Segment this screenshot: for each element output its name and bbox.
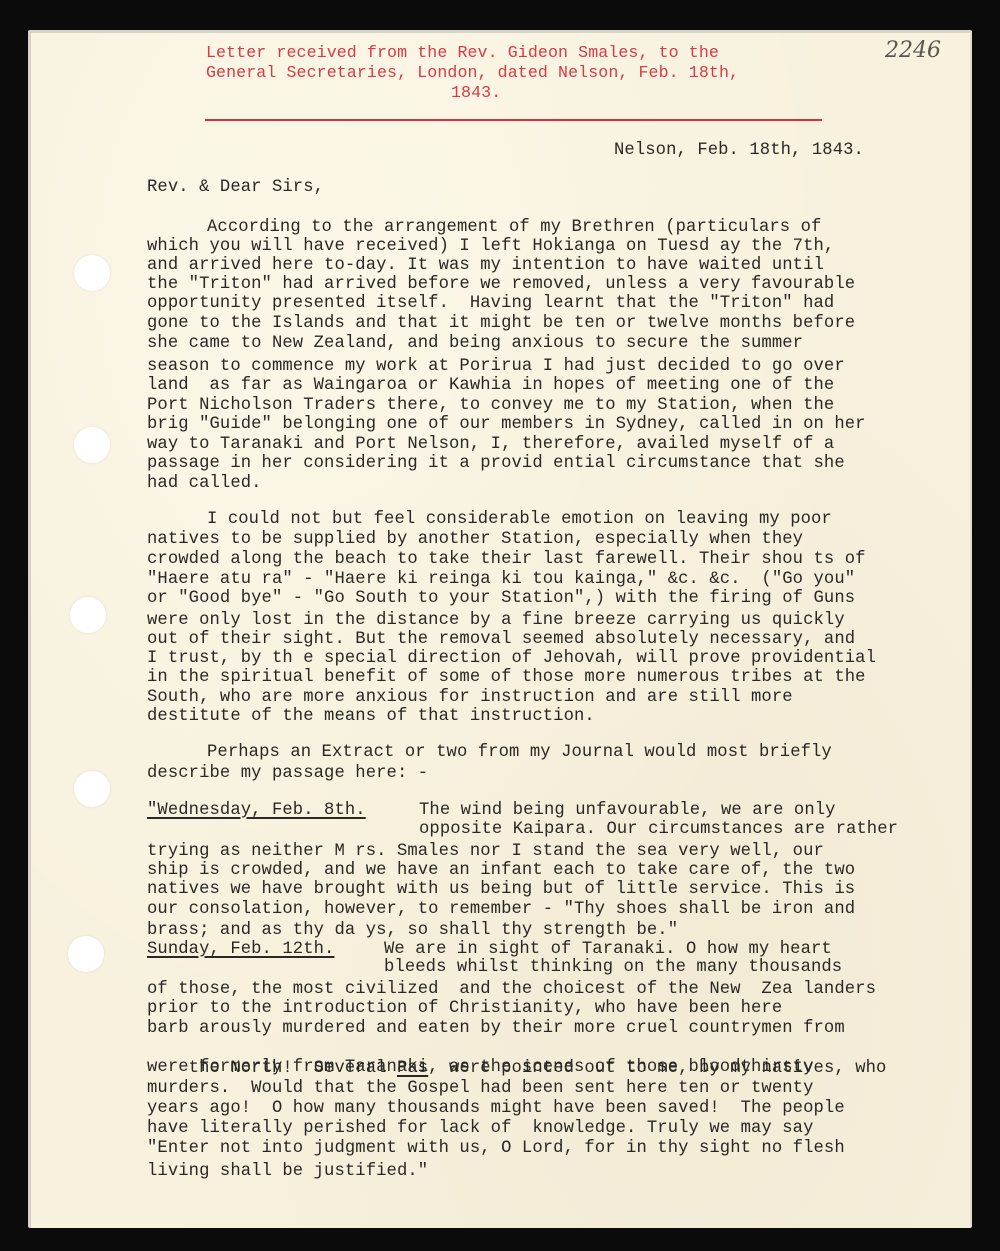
header-line: Letter received from the Rev. Gideon Sma… bbox=[206, 43, 719, 63]
text-line: "Enter not into judgment with us, O Lord… bbox=[147, 1139, 845, 1159]
text-line: opportunity presented itself. Having lea… bbox=[147, 294, 834, 314]
text-line: crowded along the beach to take their la… bbox=[147, 550, 866, 570]
punch-hole bbox=[74, 427, 110, 463]
text-line: our consolation, however, to remember - … bbox=[147, 900, 855, 920]
text-line: brig "Guide" belonging one of our member… bbox=[147, 415, 866, 435]
text-line: of those, the most civilized and the cho… bbox=[147, 980, 876, 1000]
text-line: murders. Would that the Gospel had been … bbox=[147, 1079, 814, 1099]
text-line: opposite Kaipara. Our circumstances are … bbox=[419, 820, 898, 840]
text-line: way to Taranaki and Port Nelson, I, ther… bbox=[147, 435, 834, 455]
text-line: I could not but feel considerable emotio… bbox=[207, 510, 832, 530]
text-line: brass; and as thy da ys, so shall thy st… bbox=[147, 921, 678, 941]
text-line: which you will have received) I left Hok… bbox=[147, 237, 834, 257]
header-rule bbox=[205, 119, 822, 121]
text-line: South, who are more anxious for instruct… bbox=[147, 688, 793, 708]
text-line: prior to the introduction of Christianit… bbox=[147, 999, 782, 1019]
header-line: General Secretaries, London, dated Nelso… bbox=[206, 63, 739, 83]
punch-hole bbox=[70, 597, 106, 633]
dateline: Nelson, Feb. 18th, 1843. bbox=[614, 141, 864, 161]
punch-hole bbox=[74, 771, 110, 807]
text-line: living shall be justified." bbox=[147, 1162, 428, 1182]
text-line: the "Triton" had arrived before we remov… bbox=[147, 275, 855, 295]
salutation: Rev. & Dear Sirs, bbox=[147, 178, 324, 198]
journal-date-heading: Sunday, Feb. 12th. bbox=[147, 940, 334, 960]
text-line: have literally perished for lack of know… bbox=[147, 1119, 814, 1139]
archive-number: 2246 bbox=[885, 38, 941, 63]
text-line: ship is crowded, and we have an infant e… bbox=[147, 861, 855, 881]
text-line: passage in her considering it a provid e… bbox=[147, 454, 845, 474]
text-line: were only lost in the distance by a fine… bbox=[147, 611, 845, 631]
text-line: We are in sight of Taranaki. O how my he… bbox=[384, 940, 832, 960]
text-line: natives to be supplied by another Statio… bbox=[147, 530, 803, 550]
journal-date-heading: "Wednesday, Feb. 8th. bbox=[147, 801, 366, 821]
text-line: in the spiritual benefit of some of thos… bbox=[147, 668, 866, 688]
text-line: were formerly from Taranaki, as the scen… bbox=[147, 1058, 814, 1078]
text-line: Port Nicholson Traders there, to convey … bbox=[147, 396, 834, 416]
punch-hole bbox=[68, 936, 104, 972]
text-line: or "Good bye" - "Go South to your Statio… bbox=[147, 589, 855, 609]
text-line: had called. bbox=[147, 474, 262, 494]
text-line: barb arously murdered and eaten by their… bbox=[147, 1019, 845, 1039]
text-line: describe my passage here: - bbox=[147, 764, 428, 784]
text-line: and arrived here to-day. It was my inten… bbox=[147, 256, 824, 276]
text-line: "Haere atu ra" - "Haere ki reinga ki tou… bbox=[147, 570, 855, 590]
header-line: 1843. bbox=[451, 83, 501, 103]
text-line: gone to the Islands and that it might be… bbox=[147, 314, 855, 334]
punch-hole bbox=[74, 255, 110, 291]
text-line: destitute of the means of that instructi… bbox=[147, 707, 595, 727]
text-line: According to the arrangement of my Breth… bbox=[207, 218, 821, 238]
text-line: The wind being unfavourable, we are only bbox=[419, 801, 836, 821]
text-line: bleeds whilst thinking on the many thous… bbox=[384, 958, 842, 978]
text-line: natives we have brought with us being bu… bbox=[147, 880, 855, 900]
text-line: land as far as Waingaroa or Kawhia in ho… bbox=[147, 376, 834, 396]
text-line: Perhaps an Extract or two from my Journa… bbox=[207, 743, 832, 763]
text-line: out of their sight. But the removal seem… bbox=[147, 630, 855, 650]
text-line: years ago! O how many thousands might ha… bbox=[147, 1099, 845, 1119]
text-line: I trust, by th e special direction of Je… bbox=[147, 649, 876, 669]
text-line: season to commence my work at Porirua I … bbox=[147, 357, 845, 377]
text-line: she came to New Zealand, and being anxio… bbox=[147, 334, 803, 354]
text-line: trying as neither M rs. Smales nor I sta… bbox=[147, 842, 824, 862]
